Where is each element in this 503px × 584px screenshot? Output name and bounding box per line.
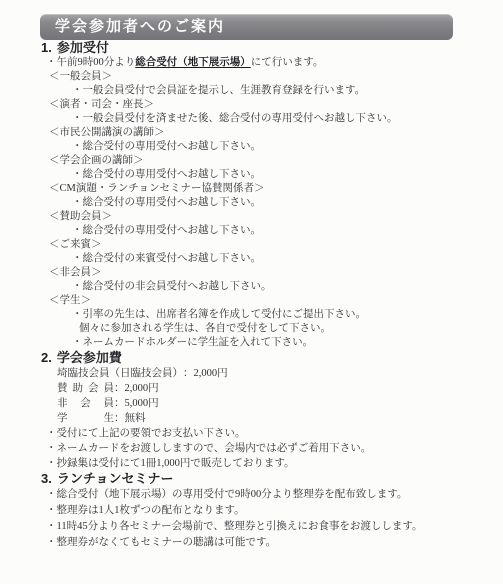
instruction-item: ・総合受付の専用受付へお越し下さい。: [0, 196, 503, 210]
document-content: 1.参加受付 ・午前9時00分より総合受付（地下展示場）にて行います。 ＜一般会…: [0, 40, 503, 551]
section-reception: 1.参加受付 ・午前9時00分より総合受付（地下展示場）にて行います。 ＜一般会…: [0, 40, 503, 350]
instruction-item: ・総合受付の非会員受付へお越し下さい。: [0, 280, 503, 294]
member-category-header: ＜賛助会員＞: [0, 210, 503, 224]
instruction-item: ・総合受付の専用受付へお越し下さい。: [0, 168, 503, 182]
note-item: ・整理券がなくてもセミナーの聴講は可能です。: [0, 535, 503, 551]
member-category-header: ＜非会員＞: [0, 266, 503, 280]
instruction-item: ・一般会員受付で会員証を提示し、生涯教育登録を行います。: [0, 84, 503, 98]
instruction-item: ・総合受付の来賓受付へお越し下さい。: [0, 252, 503, 266]
fee-label: 学生: [57, 411, 114, 426]
member-category-header: ＜演者・司会・座長＞: [0, 98, 503, 112]
section-number: 2.: [41, 350, 52, 365]
section-banner: 学会参加者へのご案内: [40, 14, 453, 40]
section-title: 学会参加費: [57, 350, 122, 365]
member-category-header: ＜学生＞: [0, 294, 503, 308]
member-category-header: ＜学会企画の講師＞: [0, 154, 503, 168]
section-number: 3.: [41, 471, 52, 486]
instruction-item: ・引率の先生は、出席者名簿を作成して受付にご提出下さい。: [0, 308, 503, 322]
section-1-heading: 1.参加受付: [0, 40, 503, 56]
fee-label: 非会員: [57, 396, 114, 411]
reception-time-line: ・午前9時00分より総合受付（地下展示場）にて行います。: [0, 56, 503, 70]
instruction-item: ・一般会員受付を済ませた後、総合受付の専用受付へお越し下さい。: [0, 112, 503, 126]
fee-amount: ：無料: [114, 413, 146, 424]
section-2-heading: 2.学会参加費: [0, 350, 503, 366]
intro-post: にて行います。: [251, 57, 324, 68]
document-page: 学会参加者へのご案内 1.参加受付 ・午前9時00分より総合受付（地下展示場）に…: [0, 0, 503, 584]
note-item: ・抄録集は受付にて1冊1,000円で販売しております。: [0, 456, 503, 471]
banner-title: 学会参加者へのご案内: [55, 18, 225, 35]
instruction-continuation: 個々に参加される学生は、各自で受付をして下さい。: [0, 322, 503, 336]
fee-amount: ：2,000円: [114, 383, 159, 394]
note-item: ・総合受付（地下展示場）の専用受付で9時00分より整理券を配布致します。: [0, 487, 503, 503]
fee-label: 埼臨技会員（日臨技会員）: [57, 366, 183, 381]
fee-row: 賛助会員：2,000円: [0, 381, 503, 396]
section-fees: 2.学会参加費 埼臨技会員（日臨技会員）：2,000円 賛助会員：2,000円 …: [0, 350, 503, 471]
section-title: 参加受付: [57, 40, 109, 55]
instruction-item: ・総合受付の専用受付へお越し下さい。: [0, 224, 503, 238]
section-3-heading: 3.ランチョンセミナー: [0, 471, 503, 487]
member-category-header: ＜CM演題・ランチョンセミナー協賛関係者＞: [0, 182, 503, 196]
note-item: ・ネームカードをお渡ししますので、会場内では必ずご着用下さい。: [0, 441, 503, 456]
reception-location-emphasis: 総合受付（地下展示場）: [135, 57, 251, 68]
section-title: ランチョンセミナー: [57, 471, 174, 486]
section-luncheon-seminar: 3.ランチョンセミナー ・総合受付（地下展示場）の専用受付で9時00分より整理券…: [0, 471, 503, 551]
instruction-item: ・ネームカードホルダーに学生証を入れて下さい。: [0, 336, 503, 350]
member-category-header: ＜市民公開講演の講師＞: [0, 126, 503, 140]
instruction-item: ・総合受付の専用受付へお越し下さい。: [0, 140, 503, 154]
member-category-header: ＜ご来賓＞: [0, 238, 503, 252]
fee-amount: ：5,000円: [114, 398, 159, 409]
member-category-header: ＜一般会員＞: [0, 70, 503, 84]
section-number: 1.: [41, 40, 52, 55]
fee-row: 学生：無料: [0, 411, 503, 426]
intro-pre: ・午前9時00分より: [46, 57, 135, 68]
fee-row: 非会員：5,000円: [0, 396, 503, 411]
fee-amount: ：2,000円: [183, 368, 228, 379]
fee-label: 賛助会員: [57, 381, 114, 396]
note-item: ・整理券は1人1枚ずつの配布となります。: [0, 503, 503, 519]
note-item: ・受付にて上記の要領でお支払い下さい。: [0, 426, 503, 441]
fee-row: 埼臨技会員（日臨技会員）：2,000円: [0, 366, 503, 381]
note-item: ・11時45分より各セミナー会場前で、整理券と引換えにお食事をお渡しします。: [0, 519, 503, 535]
